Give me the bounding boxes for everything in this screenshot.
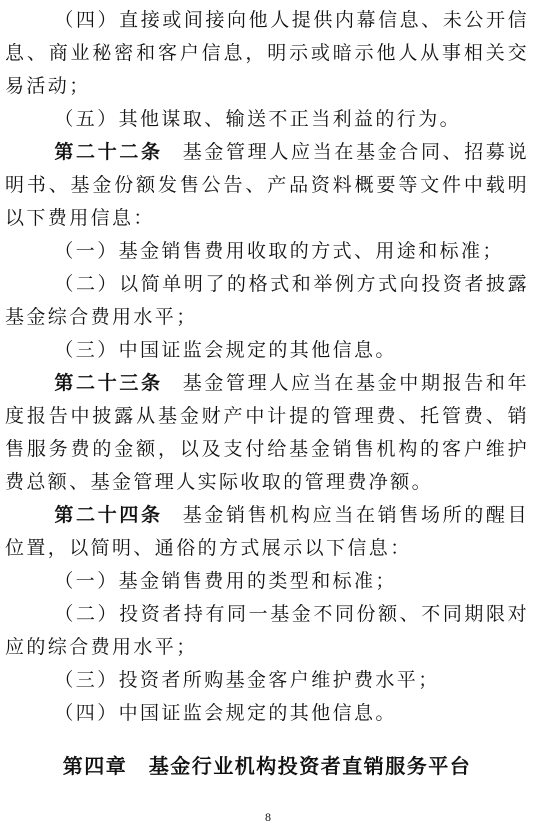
article-number: 第二十四条 [54, 505, 162, 526]
paragraph-text: （一）基金销售费用的类型和标准； [54, 571, 396, 592]
document-body: （四）直接或间接向他人提供内幕信息、未公开信息、商业秘密和客户信息，明示或暗示他… [0, 0, 536, 784]
page-number: 8 [0, 808, 536, 826]
paragraph: （二）投资者持有同一基金不同份额、不同期限对应的综合费用水平； [5, 598, 529, 664]
document-page: （四）直接或间接向他人提供内幕信息、未公开信息、商业秘密和客户信息，明示或暗示他… [0, 0, 536, 834]
article-number: 第二十三条 [54, 373, 162, 394]
paragraph-text: （三）中国证监会规定的其他信息。 [54, 340, 396, 361]
paragraph: （三）中国证监会规定的其他信息。 [5, 334, 529, 367]
paragraph-text: （四）中国证监会规定的其他信息。 [54, 703, 396, 724]
article-paragraph: 第二十三条基金管理人应当在基金中期报告和年度报告中披露从基金财产中计提的管理费、… [5, 367, 529, 499]
paragraph: （四）直接或间接向他人提供内幕信息、未公开信息、商业秘密和客户信息，明示或暗示他… [5, 4, 529, 103]
paragraph: （四）中国证监会规定的其他信息。 [5, 697, 529, 730]
paragraph: （三）投资者所购基金客户维护费水平； [5, 664, 529, 697]
paragraph-text: （三）投资者所购基金客户维护费水平； [54, 670, 439, 691]
chapter-heading: 第四章 基金行业机构投资者直销服务平台 [5, 751, 529, 784]
paragraph-text: （二）以简单明了的格式和举例方式向投资者披露基金综合费用水平； [5, 274, 529, 328]
article-number: 第二十二条 [54, 142, 162, 163]
article-paragraph: 第二十四条基金销售机构应当在销售场所的醒目位置，以简明、通俗的方式展示以下信息： [5, 499, 529, 565]
paragraph: （一）基金销售费用收取的方式、用途和标准； [5, 235, 529, 268]
paragraph-text: （一）基金销售费用收取的方式、用途和标准； [54, 241, 503, 262]
paragraph: （二）以简单明了的格式和举例方式向投资者披露基金综合费用水平； [5, 268, 529, 334]
paragraph: （一）基金销售费用的类型和标准； [5, 565, 529, 598]
paragraph-text: （四）直接或间接向他人提供内幕信息、未公开信息、商业秘密和客户信息，明示或暗示他… [5, 10, 529, 97]
article-paragraph: 第二十二条基金管理人应当在基金合同、招募说明书、基金份额发售公告、产品资料概要等… [5, 136, 529, 235]
paragraph-text: （五）其他谋取、输送不正当利益的行为。 [54, 109, 461, 130]
paragraph-text: （二）投资者持有同一基金不同份额、不同期限对应的综合费用水平； [5, 604, 529, 658]
paragraph: （五）其他谋取、输送不正当利益的行为。 [5, 103, 529, 136]
